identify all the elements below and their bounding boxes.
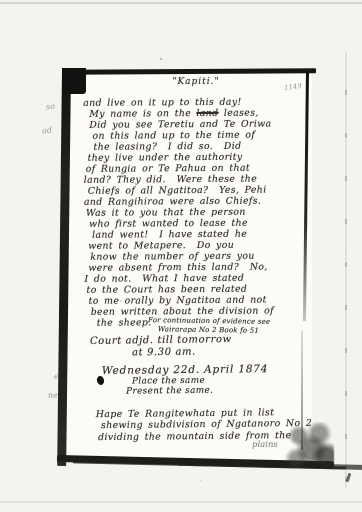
margin-bleedthrough-mark: so	[45, 101, 55, 111]
scan-edge-line-right	[345, 52, 347, 488]
manuscript-body: and live on it up to this day! My name i…	[83, 96, 313, 329]
session-heading: Wednesday 22d. April 1874 Place the same…	[102, 363, 269, 397]
page-title: "Kapiti."	[84, 77, 308, 87]
paper-speck	[200, 480, 202, 482]
paper-speck	[230, 200, 232, 202]
closing-line-faint: plains	[252, 440, 278, 450]
frame-top-left-corner	[62, 68, 86, 94]
margin-bleedthrough-mark: e	[54, 372, 59, 381]
continuation-note: For continuation of evidence see Wairara…	[148, 316, 270, 336]
margin-bleedthrough-mark: ne	[48, 391, 58, 400]
paper-speck	[160, 58, 162, 60]
scanned-manuscript-page: "Kapiti." 1149 and live on it up to this…	[0, 0, 362, 512]
adjournment-line: at 9.30 am.	[90, 346, 232, 360]
struck-word: land	[196, 108, 218, 119]
adjournment-entry: Court adjd. till tomorrow at 9.30 am.	[90, 334, 232, 360]
session-line: Present the same.	[102, 386, 268, 397]
struck-line-suffix: leases,	[218, 108, 258, 119]
struck-line-prefix: My name is on the	[89, 108, 196, 120]
paper-speck	[120, 300, 122, 302]
scan-edge-line-top	[0, 2, 362, 4]
scan-edge-line-bottom	[0, 501, 362, 503]
closing-line: dividing the mountain side from the	[96, 430, 312, 444]
margin-bleedthrough-mark: ad	[42, 126, 53, 136]
closing-entry: Hape Te Rangitewhata put in list shewing…	[96, 407, 312, 443]
margin-bleedthrough-mark: 2	[59, 436, 65, 446]
adjournment-line: Court adjd. till tomorrow	[90, 334, 232, 348]
